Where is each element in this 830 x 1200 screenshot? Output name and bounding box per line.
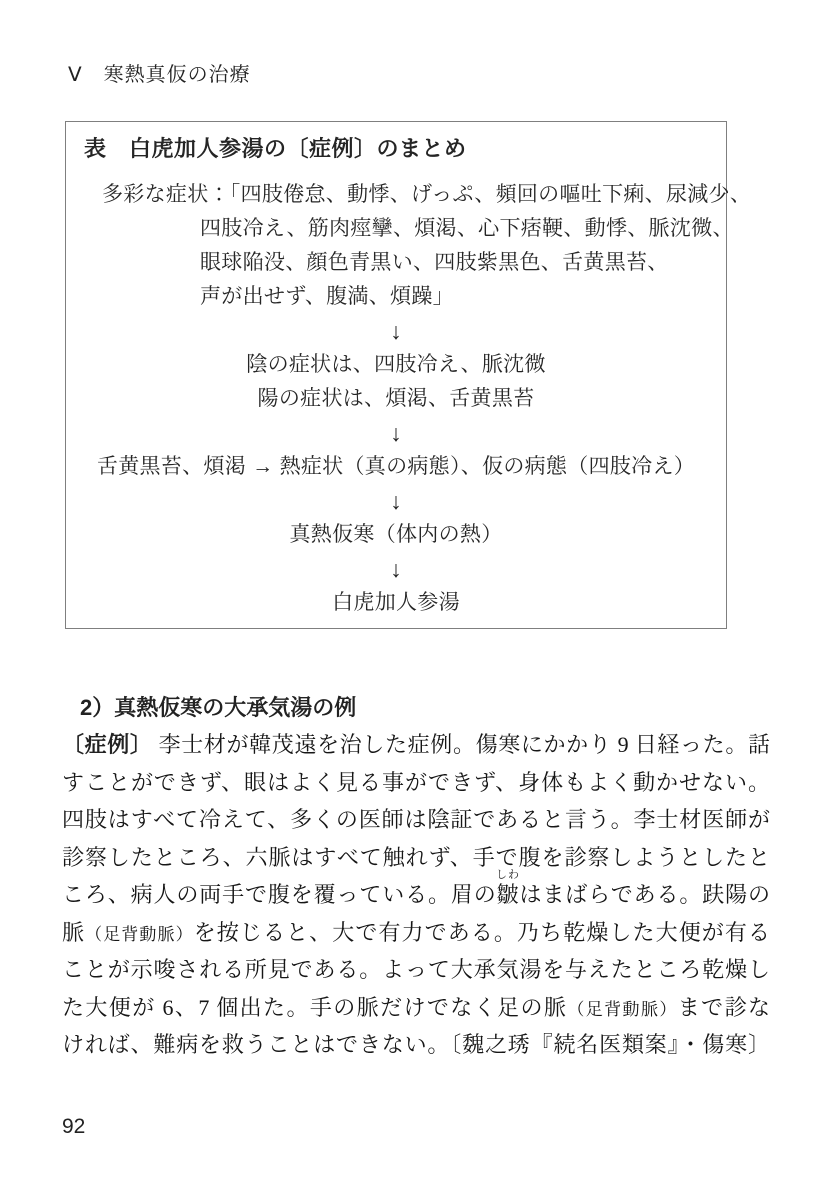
running-head: Ⅴ 寒熱真仮の治療 bbox=[68, 62, 251, 88]
document-page: Ⅴ 寒熱真仮の治療 表 白虎加人参湯の〔症例〕のまとめ 多彩な症状：「四肢倦怠、… bbox=[0, 0, 830, 1200]
case-line-7: ことが示唆される所見である。よって大承気湯を与えたところ乾燥し bbox=[62, 951, 770, 989]
case-text: 脈 bbox=[62, 920, 85, 945]
anatomical-note: （足背動脈） bbox=[567, 1000, 677, 1019]
case-text: はまばらである。趺陽の bbox=[519, 882, 770, 907]
symptom-line-1: 多彩な症状：「四肢倦怠、動悸、げっぷ、頻回の嘔吐下痢、尿減少、 bbox=[66, 178, 726, 212]
down-arrow-icon: ↓ bbox=[66, 552, 726, 586]
yin-symptoms-line: 陰の症状は、四肢冷え、脈沈微 bbox=[66, 348, 726, 382]
page-number: 92 bbox=[62, 1114, 85, 1140]
case-text: を按じると、大で有力である。乃ち乾燥した大便が有る bbox=[194, 920, 770, 945]
down-arrow-icon: ↓ bbox=[66, 416, 726, 450]
case-line-4: 診察したところ、六脈はすべて触れず、手で腹を診察しようとしたと bbox=[62, 839, 770, 877]
down-arrow-icon: ↓ bbox=[66, 484, 726, 518]
case-line-3: 四肢はすべて冷えて、多くの医師は陰証であると言う。李士材医師が bbox=[62, 801, 770, 839]
case-line-2: すことができず、眼はよく見る事ができず、身体もよく動かせない。 bbox=[62, 764, 770, 802]
symptom-line-4: 声が出せず、腹満、煩躁」 bbox=[66, 280, 726, 314]
case-line-8: た大便が 6、7 個出た。手の脈だけでなく足の脈（足背動脈）まで診な bbox=[62, 989, 770, 1027]
case-line-9: ければ、難病を救うことはできない。〔魏之琇『続名医類案』・傷寒〕 bbox=[62, 1026, 770, 1064]
heat-pattern-line: 舌黄黒苔、煩渇 → 熱症状（真の病態）、仮の病態（四肢冷え） bbox=[66, 450, 726, 484]
yang-symptoms-line: 陽の症状は、煩渇、舌黄黒苔 bbox=[66, 382, 726, 416]
section-heading: 2）真熱仮寒の大承気湯の例 bbox=[80, 693, 356, 723]
case-text: ころ、病人の両手で腹を覆っている。眉の bbox=[62, 882, 497, 907]
case-text: 李士材が韓茂遠を治した症例。傷寒にかかり 9 日経った。話 bbox=[159, 732, 770, 757]
table-flow: 多彩な症状：「四肢倦怠、動悸、げっぷ、頻回の嘔吐下痢、尿減少、 四肢冷え、筋肉痙… bbox=[66, 178, 726, 620]
symptom-line-3: 眼球陥没、顔色青黒い、四肢紫黒色、舌黄黒苔、 bbox=[66, 246, 726, 280]
down-arrow-icon: ↓ bbox=[66, 314, 726, 348]
case-text: た大便が 6、7 個出た。手の脈だけでなく足の脈 bbox=[62, 995, 567, 1020]
formula-name-line: 白虎加人参湯 bbox=[66, 586, 726, 620]
case-text: まで診な bbox=[678, 995, 770, 1020]
case-line-1: 〔症例〕李士材が韓茂遠を治した症例。傷寒にかかり 9 日経った。話 bbox=[62, 726, 770, 764]
ruby-base: 皺 bbox=[497, 882, 520, 907]
true-heat-false-cold-line: 真熱仮寒（体内の熱） bbox=[66, 518, 726, 552]
summary-table-box: 表 白虎加人参湯の〔症例〕のまとめ 多彩な症状：「四肢倦怠、動悸、げっぷ、頻回の… bbox=[65, 121, 727, 629]
furigana: しわ bbox=[496, 870, 520, 881]
case-line-6: 脈（足背動脈）を按じると、大で有力である。乃ち乾燥した大便が有る bbox=[62, 914, 770, 952]
case-label: 〔症例〕 bbox=[62, 732, 159, 757]
case-line-5: ころ、病人の両手で腹を覆っている。眉の皺しわはまばらである。趺陽の bbox=[62, 876, 770, 914]
case-paragraph: 〔症例〕李士材が韓茂遠を治した症例。傷寒にかかり 9 日経った。話 すことができ… bbox=[62, 726, 770, 1064]
ruby-word: 皺しわ bbox=[497, 882, 520, 907]
table-title: 表 白虎加人参湯の〔症例〕のまとめ bbox=[84, 134, 726, 164]
anatomical-note: （足背動脈） bbox=[85, 925, 194, 944]
symptom-line-2: 四肢冷え、筋肉痙攣、煩渇、心下痞鞕、動悸、脈沈微、 bbox=[66, 212, 726, 246]
